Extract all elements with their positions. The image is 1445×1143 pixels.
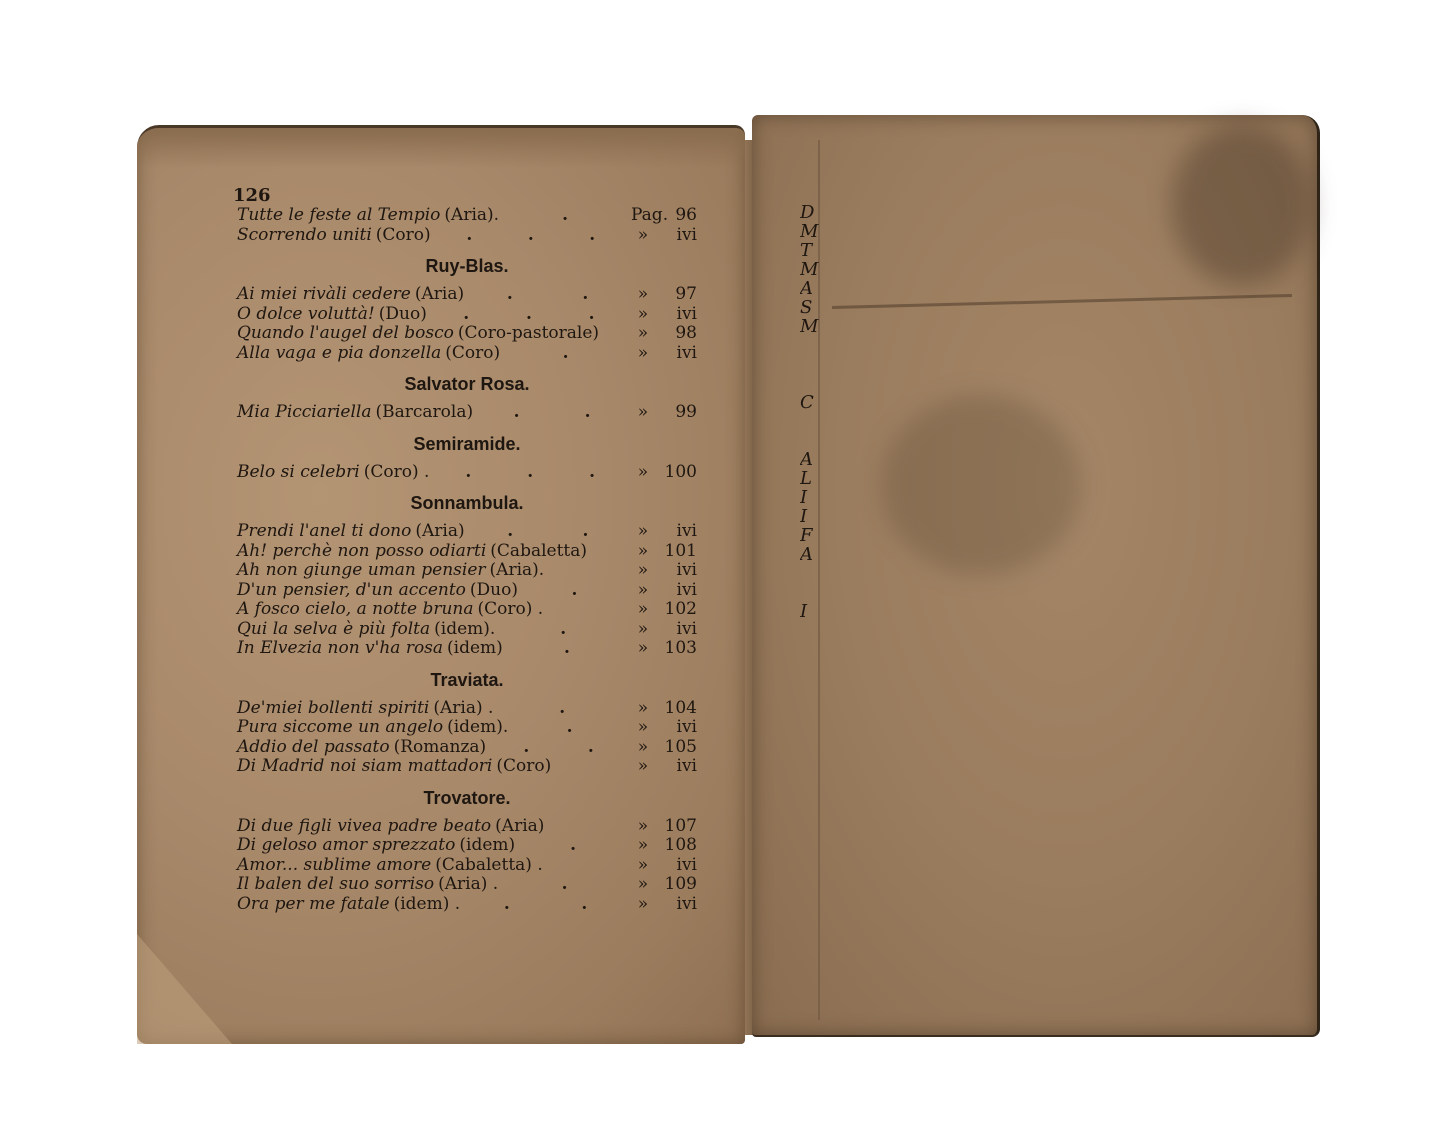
entry-ref: » xyxy=(631,757,655,777)
letter xyxy=(800,431,822,450)
entry-page: 105 xyxy=(663,738,697,758)
index-entry: Addio del passato(Romanza)..»105 xyxy=(237,738,697,758)
entry-page: 103 xyxy=(663,639,697,659)
letter: A xyxy=(800,545,822,564)
index-entry: Scorrendo uniti (Coro) ... » ivi xyxy=(237,226,697,246)
entry-ref: » xyxy=(631,600,655,620)
entry-ref: » xyxy=(631,226,655,246)
leader-dots: . xyxy=(518,581,631,601)
letter xyxy=(800,336,822,355)
entry-title: Ora per me fatale xyxy=(237,895,390,915)
entry-ref: » xyxy=(631,856,655,876)
entry-ref: » xyxy=(631,817,655,837)
folded-corner xyxy=(137,934,232,1044)
index-entry: O dolce voluttà!(Duo)...»ivi xyxy=(237,305,697,325)
entry-ref: » xyxy=(631,895,655,915)
entry-ref: » xyxy=(631,718,655,738)
entry-kind: (Coro) . xyxy=(477,600,543,620)
right-page-back-cover: D M T M A S M C A L I I F A I xyxy=(752,115,1320,1037)
leader-dots: ... xyxy=(431,226,631,246)
opera-heading: Semiramide. xyxy=(237,431,697,457)
entry-page: 96 xyxy=(663,206,697,226)
opera-heading: Salvator Rosa. xyxy=(237,371,697,397)
entry-title: Prendi l'anel ti dono xyxy=(237,522,411,542)
entry-page: ivi xyxy=(663,561,697,581)
index-entry: In Elvezia non v'ha rosa(idem).»103 xyxy=(237,639,697,659)
leader-dots: .. xyxy=(465,522,631,542)
stain xyxy=(882,395,1082,575)
index-entry: Alla vaga e pia donzella(Coro).»ivi xyxy=(237,344,697,364)
entry-ref: » xyxy=(631,463,655,483)
entry-ref: » xyxy=(631,836,655,856)
leader-dots: . xyxy=(508,718,631,738)
entry-page: 101 xyxy=(663,542,697,562)
entry-title: In Elvezia non v'ha rosa xyxy=(237,639,443,659)
entry-kind: (Romanza) xyxy=(394,738,487,758)
left-page: 126 Tutte le feste al Tempio (Aria). . P… xyxy=(137,125,745,1044)
index-entry: Amor... sublime amore(Cabaletta) .»ivi xyxy=(237,856,697,876)
entry-page: ivi xyxy=(663,718,697,738)
entry-page: 104 xyxy=(663,699,697,719)
leader-dots: .. xyxy=(486,738,631,758)
index-entry: Quando l'augel del bosco(Coro-pastorale)… xyxy=(237,324,697,344)
entry-title: Di Madrid noi siam mattadori xyxy=(237,757,492,777)
index-entry: Ai miei rivàli cedere(Aria)..»97 xyxy=(237,285,697,305)
entry-page: ivi xyxy=(663,581,697,601)
entry-page: 97 xyxy=(663,285,697,305)
entry-page: ivi xyxy=(663,522,697,542)
entry-title: Pura siccome un angelo xyxy=(237,718,443,738)
leader-dots: .. xyxy=(464,285,631,305)
stain xyxy=(1172,125,1312,285)
entry-title: D'un pensier, d'un accento xyxy=(237,581,466,601)
entry-kind: (Coro-pastorale) xyxy=(458,324,599,344)
entry-kind: (Aria) . xyxy=(438,875,498,895)
entry-title: Mia Picciariella xyxy=(237,403,372,423)
letter: A xyxy=(800,279,822,298)
leader-dots: . xyxy=(499,206,631,226)
entry-title: Scorrendo uniti xyxy=(237,226,372,246)
entry-title: Di due figli vivea padre beato xyxy=(237,817,491,837)
entry-title: Ai miei rivàli cedere xyxy=(237,285,411,305)
entry-title: Ah! perchè non posso odiarti xyxy=(237,542,486,562)
letter: S xyxy=(800,298,822,317)
entry-page: ivi xyxy=(663,856,697,876)
entry-title: Alla vaga e pia donzella xyxy=(237,344,441,364)
index-entry: Di Madrid noi siam mattadori(Coro)»ivi xyxy=(237,757,697,777)
entry-kind: (Aria). xyxy=(444,206,499,226)
leader-dots: . xyxy=(503,639,631,659)
leader-dots: . xyxy=(495,620,631,640)
entry-page: 107 xyxy=(663,817,697,837)
entry-title: Di geloso amor sprezzato xyxy=(237,836,455,856)
letter: M xyxy=(800,317,822,336)
leader-dots: .. xyxy=(473,403,631,423)
letter: I xyxy=(800,602,822,621)
entry-kind: (idem). xyxy=(434,620,495,640)
entry-kind: (Aria) xyxy=(415,285,464,305)
entry-ref: » xyxy=(631,344,655,364)
index-entry: Ora per me fatale(idem) ...»ivi xyxy=(237,895,697,915)
letter xyxy=(800,583,822,602)
cut-off-text-column: D M T M A S M C A L I I F A I xyxy=(800,203,822,621)
entry-title: Amor... sublime amore xyxy=(237,856,431,876)
page-number: 126 xyxy=(233,186,697,206)
entry-page: ivi xyxy=(663,757,697,777)
entry-ref: » xyxy=(631,285,655,305)
entry-kind: (Coro) xyxy=(445,344,500,364)
entry-kind: (Duo) xyxy=(379,305,427,325)
letter xyxy=(800,374,822,393)
entry-ref: » xyxy=(631,875,655,895)
index-entry: Di due figli vivea padre beato(Aria)»107 xyxy=(237,817,697,837)
index-entry: Mia Picciariella(Barcarola)..»99 xyxy=(237,403,697,423)
letter xyxy=(800,412,822,431)
letter: D xyxy=(800,203,822,222)
entry-ref: » xyxy=(631,639,655,659)
entry-page: ivi xyxy=(663,620,697,640)
entry-page: ivi xyxy=(663,344,697,364)
entry-ref: » xyxy=(631,738,655,758)
letter: A xyxy=(800,450,822,469)
letter: L xyxy=(800,469,822,488)
opera-heading: Trovatore. xyxy=(237,785,697,811)
entry-ref: » xyxy=(631,522,655,542)
leader-dots: . xyxy=(515,836,631,856)
index-entry: Di geloso amor sprezzato(idem).»108 xyxy=(237,836,697,856)
entry-page: 108 xyxy=(663,836,697,856)
entry-kind: (Aria). xyxy=(490,561,545,581)
entry-page: 98 xyxy=(663,324,697,344)
entry-kind: (Coro) xyxy=(376,226,431,246)
opera-heading: Sonnambula. xyxy=(237,490,697,516)
entry-page: 109 xyxy=(663,875,697,895)
entry-kind: (Duo) xyxy=(470,581,518,601)
entry-title: A fosco cielo, a notte bruna xyxy=(237,600,473,620)
index-entry: D'un pensier, d'un accento(Duo).»ivi xyxy=(237,581,697,601)
entry-kind: (Coro) xyxy=(496,757,551,777)
entry-title: Belo si celebri xyxy=(237,463,360,483)
index-entry: Ah! perchè non posso odiarti(Cabaletta)»… xyxy=(237,542,697,562)
letter xyxy=(800,564,822,583)
index-entry: A fosco cielo, a notte bruna(Coro) .»102 xyxy=(237,600,697,620)
index-entry: Il balen del suo sorriso(Aria) ..»109 xyxy=(237,875,697,895)
letter: M xyxy=(800,260,822,279)
entry-title: De'miei bollenti spiriti xyxy=(237,699,429,719)
entry-ref: » xyxy=(631,305,655,325)
entry-kind: (Barcarola) xyxy=(376,403,474,423)
entry-kind: (Cabaletta) xyxy=(490,542,587,562)
entry-ref: » xyxy=(631,324,655,344)
entry-ref: » xyxy=(631,620,655,640)
entry-kind: (Aria) . xyxy=(433,699,493,719)
letter: M xyxy=(800,222,822,241)
letter: F xyxy=(800,526,822,545)
entry-page: 100 xyxy=(663,463,697,483)
leader-dots: ... xyxy=(429,463,631,483)
entry-title: Tutte le feste al Tempio xyxy=(237,206,440,226)
entry-ref: Pag. xyxy=(631,206,655,226)
letter: I xyxy=(800,507,822,526)
opera-heading: Traviata. xyxy=(237,667,697,693)
entry-title: Ah non giunge uman pensier xyxy=(237,561,486,581)
entry-kind: (Cabaletta) . xyxy=(435,856,543,876)
index-entry: Tutte le feste al Tempio (Aria). . Pag. … xyxy=(237,206,697,226)
leader-dots: . xyxy=(498,875,631,895)
leader-dots: .. xyxy=(460,895,631,915)
leader-dots: ... xyxy=(427,305,631,325)
entry-kind: (idem) xyxy=(459,836,515,856)
letter: I xyxy=(800,488,822,507)
entry-kind: (idem). xyxy=(447,718,508,738)
index-content: 126 Tutte le feste al Tempio (Aria). . P… xyxy=(237,186,697,914)
entry-title: Il balen del suo sorriso xyxy=(237,875,434,895)
entry-page: 102 xyxy=(663,600,697,620)
entry-ref: » xyxy=(631,561,655,581)
opera-heading: Ruy-Blas. xyxy=(237,253,697,279)
leader-dots: . xyxy=(493,699,631,719)
entry-title: O dolce voluttà! xyxy=(237,305,375,325)
entry-page: ivi xyxy=(663,226,697,246)
entry-ref: » xyxy=(631,581,655,601)
entry-kind: (Coro) . xyxy=(364,463,430,483)
letter: C xyxy=(800,393,822,412)
entry-page: ivi xyxy=(663,895,697,915)
entry-page: 99 xyxy=(663,403,697,423)
entry-kind: (idem) . xyxy=(394,895,461,915)
letter xyxy=(800,355,822,374)
entry-title: Qui la selva è più folta xyxy=(237,620,430,640)
entry-kind: (idem) xyxy=(447,639,503,659)
index-entry: Ah non giunge uman pensier(Aria).»ivi xyxy=(237,561,697,581)
entry-page: ivi xyxy=(663,305,697,325)
entry-title: Quando l'augel del bosco xyxy=(237,324,454,344)
entry-kind: (Aria) xyxy=(495,817,544,837)
leader-dots: . xyxy=(500,344,631,364)
paper-crease xyxy=(832,294,1292,309)
entry-title: Addio del passato xyxy=(237,738,390,758)
index-entry: De'miei bollenti spiriti(Aria) ..»104 xyxy=(237,699,697,719)
index-entry: Qui la selva è più folta(idem)..»ivi xyxy=(237,620,697,640)
entry-kind: (Aria) xyxy=(415,522,464,542)
index-entry: Belo si celebri(Coro) ....»100 xyxy=(237,463,697,483)
entry-ref: » xyxy=(631,542,655,562)
entry-ref: » xyxy=(631,403,655,423)
index-entry: Prendi l'anel ti dono(Aria)..»ivi xyxy=(237,522,697,542)
index-entry: Pura siccome un angelo(idem)..»ivi xyxy=(237,718,697,738)
letter: T xyxy=(800,241,822,260)
entry-ref: » xyxy=(631,699,655,719)
